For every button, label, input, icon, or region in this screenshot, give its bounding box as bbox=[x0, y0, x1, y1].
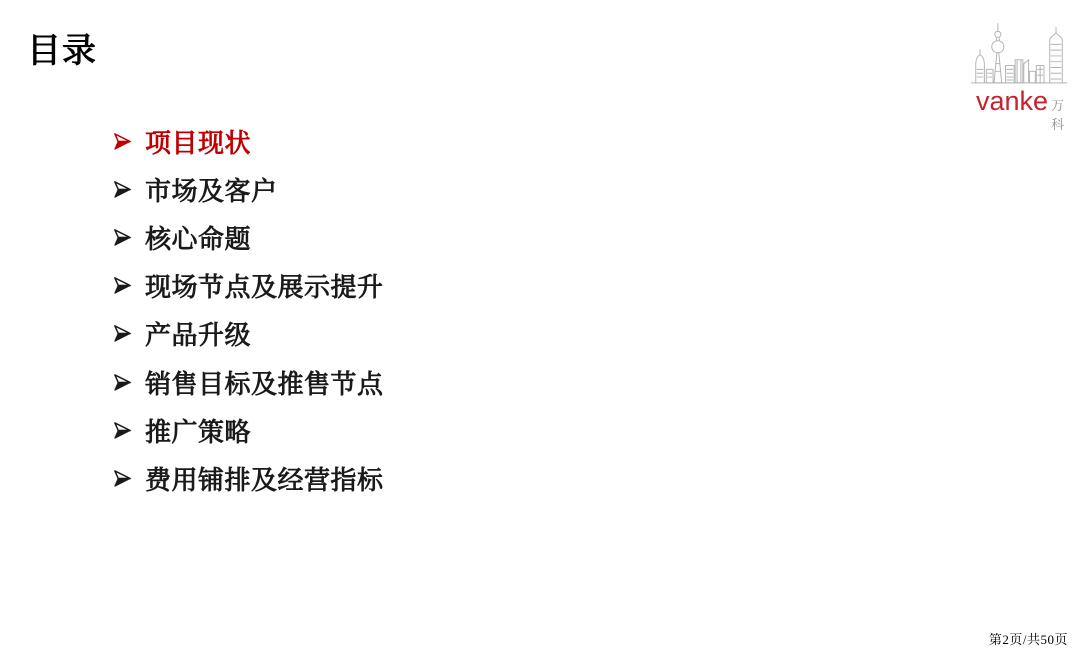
toc-item: 销售目标及推售节点 bbox=[113, 358, 384, 406]
toc-item: 现场节点及展示提升 bbox=[113, 262, 384, 310]
arrow-bullet-icon bbox=[113, 228, 132, 247]
arrow-bullet-icon bbox=[113, 469, 132, 488]
toc-item-label: 市场及客户 bbox=[145, 171, 278, 208]
toc-item-label: 销售目标及推售节点 bbox=[145, 364, 384, 401]
toc-item-label: 现场节点及展示提升 bbox=[145, 267, 384, 304]
toc-item: 市场及客户 bbox=[113, 165, 384, 213]
arrow-bullet-icon bbox=[113, 132, 132, 151]
logo-brand-cn: 万科 bbox=[1051, 95, 1075, 133]
toc-item-label: 推广策略 bbox=[145, 412, 251, 449]
toc-item: 核心命题 bbox=[113, 213, 384, 261]
city-skyline-icon bbox=[969, 21, 1069, 87]
arrow-bullet-icon bbox=[113, 180, 132, 199]
toc-item: 项目现状 bbox=[113, 117, 384, 165]
page-number: 第2页/共50页 bbox=[989, 629, 1068, 648]
arrow-bullet-icon bbox=[113, 324, 132, 343]
toc-item: 费用铺排及经营指标 bbox=[113, 454, 384, 502]
vanke-logo: vanke 万科 bbox=[965, 21, 1075, 133]
toc-item-label: 项目现状 bbox=[145, 123, 251, 160]
toc-item-label: 核心命题 bbox=[145, 219, 251, 256]
arrow-bullet-icon bbox=[113, 421, 132, 440]
toc-item: 推广策略 bbox=[113, 406, 384, 454]
arrow-bullet-icon bbox=[113, 373, 132, 392]
toc-item-label: 费用铺排及经营指标 bbox=[145, 460, 384, 497]
toc-item: 产品升级 bbox=[113, 310, 384, 358]
logo-brand-latin: vanke bbox=[976, 88, 1048, 115]
page-title: 目录 bbox=[27, 34, 97, 70]
logo-wordmark: vanke 万科 bbox=[965, 88, 1075, 133]
toc-list: 项目现状 市场及客户 核心命题 现场节点及展示提升 bbox=[113, 117, 384, 503]
toc-item-label: 产品升级 bbox=[145, 315, 251, 352]
arrow-bullet-icon bbox=[113, 276, 132, 295]
slide-canvas: 目录 项目现状 市场及客户 核心命题 bbox=[0, 0, 1080, 656]
